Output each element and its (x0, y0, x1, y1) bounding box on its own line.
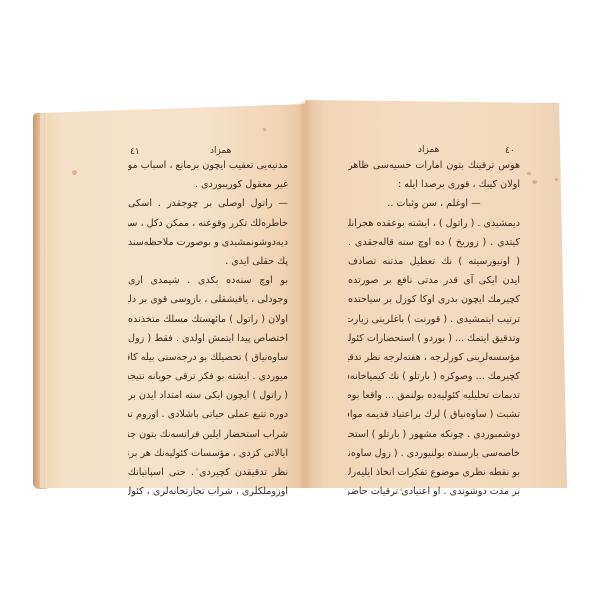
text-line: اوزوملكلری ، شراب تجارتخانه‌لری ، كئول (128, 482, 288, 501)
text-line: ترتیب ایتمشیدی . ( قورنت ) باغلرینی زیار… (348, 310, 520, 329)
text-line: ساوه‌نیاق ) تحصیلك بو درجه‌سنی بیله كافی… (128, 348, 288, 367)
text-line: خاطره‌لك تكرر وقوعنه ، ممكن دكل ، سبب او… (128, 214, 288, 233)
text-line: ایالاتی كزدی ، مؤسسات كئولیه‌نك هر برنی (128, 444, 288, 463)
foxing-stain (532, 180, 537, 184)
text-line: — راتول اوصلی بر چوجقدر . اسکی (128, 194, 288, 213)
text-line: ( اونیورسیته ) نك تعطیل مدتنه تصادف (348, 252, 520, 271)
text-line: كچیرمك ... وصوكره ( بارتلو ) نك كیمیاخان… (348, 367, 520, 386)
text-line: اولان كیبك ، قوری برصدا ایله : (348, 175, 520, 194)
text-line: دیه‌دوشونمشیدی و بوصورت ملاحظه‌سنده (128, 233, 288, 252)
text-line: ایدن ایكی آی قدر مدتی نافع بر صورتده (348, 271, 520, 290)
text-line: تدبمات تحلیلیه كئولیه‌ده بولنمق ... واقع… (348, 386, 520, 405)
text-line: وجودلی ، یاقیشقلی ، بازوسی قوی بر دلیقان… (128, 290, 288, 309)
text-line: بر مدت دوشوندی . او اعتیادی ترقیات حاضره (348, 482, 520, 501)
text-line: نظر تدقیقدن كچیردی . حتی اسپانیانك (128, 463, 288, 482)
text-line: مؤسسه‌لرینی كوزلرجه ، هفته‌لرجه نظر تدقی… (348, 348, 520, 367)
text-line: بو اوچ سنه‌ده بكدی . شیمدی اری (128, 271, 288, 290)
text-line: میوردی . ایشته بو فكر ترقی جویانه نتیجه‌… (128, 367, 288, 386)
text-line: اختصاص پیدا ایتمش اولدی . فقط ( زول (128, 329, 288, 348)
text-line: خاصه‌سی بارسنده بولنیوردی . ( زول ساوه‌ن… (348, 444, 520, 463)
text-line: ( راتول ) ایچون ایكی سنه امتداد ایدن بر (128, 386, 288, 405)
left-page-text: مدنیه‌یی تعقیب ایچون برمانع ، اسباب موجه… (128, 156, 288, 501)
left-running-head: همزاد (210, 146, 231, 156)
right-page-number: ٤٠ (505, 146, 515, 156)
text-line: پك حقلی ایدی . (128, 252, 288, 271)
text-line: تشبث ( ساوه‌نیاق ) لرك براعتیاد قدیمه مو… (348, 405, 520, 424)
text-line: — اوغلم ، سن و‌ثبات .. (348, 194, 520, 213)
foxing-stain (555, 178, 558, 181)
text-line: دیمشیدی . ( راتول ) ، ایشته بوعقده‌ هجرا… (348, 214, 520, 233)
foxing-stain (263, 128, 266, 131)
text-line: اولان ( راتول ) مائهستك مسلك متخذنده (128, 310, 288, 329)
text-line: شراب استحضار ایلین فرانسه‌نك بتون جنوب (128, 425, 288, 444)
foxing-stain (72, 170, 77, 175)
text-line: دوره تتبع عملی حیاتی باشلادی . اوزوم تشد… (128, 405, 288, 424)
text-line: دوشمبوردی . چونكه مشهور ( بارتلو ) استحض… (348, 425, 520, 444)
right-page-text: هوس ترقینك بتون امارات حسیه‌سی ظاهر اولا… (348, 156, 520, 501)
text-line: كچیرمك ایچون بدری اوكا كوزل بر سیاحتده (348, 290, 520, 309)
text-line: كیتدی . ( زوریخ ) ده اوچ سنه قاله‌جقدی . (348, 233, 520, 252)
open-book-photo: ٤١ همزاد مدنیه‌یی تعقیب ایچون برمانع ، ا… (0, 0, 600, 600)
foxing-stain (527, 172, 531, 175)
text-line: بو نقطه‌ نظری موضوع تفكرات اتخاذ ایلیه‌ر… (348, 463, 520, 482)
text-line: غیر معقول کوریبوردی . (128, 175, 288, 194)
right-running-head: همزاد (418, 145, 439, 155)
text-line: وتدقیق ایتمك ... ( بوردو ) استحضارات كئو… (348, 329, 520, 348)
book-spine-gutter (298, 102, 312, 488)
text-line: مدنیه‌یی تعقیب ایچون برمانع ، اسباب موجه… (128, 156, 288, 175)
text-line: هوس ترقینك بتون امارات حسیه‌سی ظاهر (348, 156, 520, 175)
